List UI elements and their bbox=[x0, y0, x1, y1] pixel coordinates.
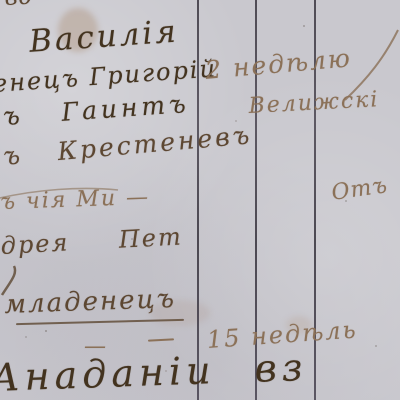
manuscript-word-mladenets: младенецъ bbox=[4, 284, 176, 320]
manuscript-line-dreya-pet: дрея Пет bbox=[0, 222, 183, 259]
manuscript-line-chiya-mi: ъ чія Ми — bbox=[0, 185, 150, 215]
paper-specks bbox=[45, 330, 47, 332]
manuscript-line-top-fragment: во bbox=[4, 0, 33, 11]
manuscript-bottom-line: Анаданіи вз bbox=[0, 345, 308, 400]
manuscript-line-vasiliya: Василія bbox=[28, 14, 180, 60]
manuscript-line-velizhsk: Велижскі bbox=[248, 87, 380, 119]
manuscript-line-2-weeks: 2 недѣлю bbox=[204, 43, 353, 85]
manuscript-page: во Василія енецъ Григорій 2 недѣлю ъ Гаи… bbox=[0, 0, 400, 400]
manuscript-dash-2 bbox=[148, 338, 174, 341]
manuscript-word-ot: Отъ bbox=[330, 173, 389, 206]
